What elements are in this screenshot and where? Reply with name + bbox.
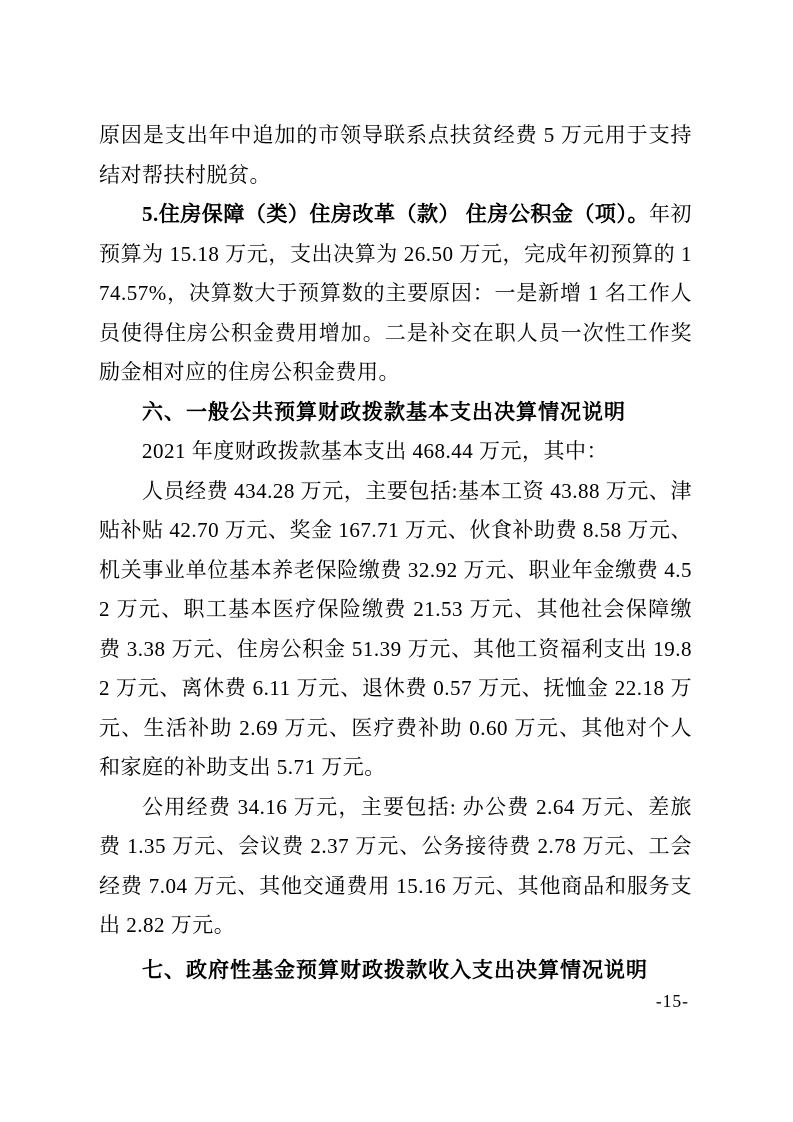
section5-lead: 5.住房保障（类）住房改革（款） 住房公积金（项）。	[142, 202, 649, 226]
paragraph-continuation: 原因是支出年中追加的市领导联系点扶贫经费 5 万元用于支持结对帮扶村脱贫。	[99, 116, 692, 195]
document-page: 原因是支出年中追加的市领导联系点扶贫经费 5 万元用于支持结对帮扶村脱贫。 5.…	[0, 0, 793, 1122]
paragraph-personnel-expense: 人员经费 434.28 万元，主要包括:基本工资 43.88 万元、津贴补贴 4…	[99, 472, 692, 788]
paragraph-public-expense: 公用经费 34.16 万元，主要包括: 办公费 2.64 万元、差旅费 1.35…	[99, 788, 692, 946]
page-content: 原因是支出年中追加的市领导联系点扶贫经费 5 万元用于支持结对帮扶村脱贫。 5.…	[99, 116, 692, 990]
paragraph-fiscal-total: 2021 年度财政拨款基本支出 468.44 万元，其中：	[99, 432, 692, 472]
paragraph-section5: 5.住房保障（类）住房改革（款） 住房公积金（项）。年初预算为 15.18 万元…	[99, 195, 692, 393]
section5-body: 年初预算为 15.18 万元，支出决算为 26.50 万元，完成年初预算的 17…	[99, 202, 692, 384]
heading-section7: 七、政府性基金预算财政拨款收入支出决算情况说明	[99, 951, 692, 991]
page-number: -15-	[656, 991, 689, 1011]
heading-section6: 六、一般公共预算财政拨款基本支出决算情况说明	[99, 393, 692, 433]
